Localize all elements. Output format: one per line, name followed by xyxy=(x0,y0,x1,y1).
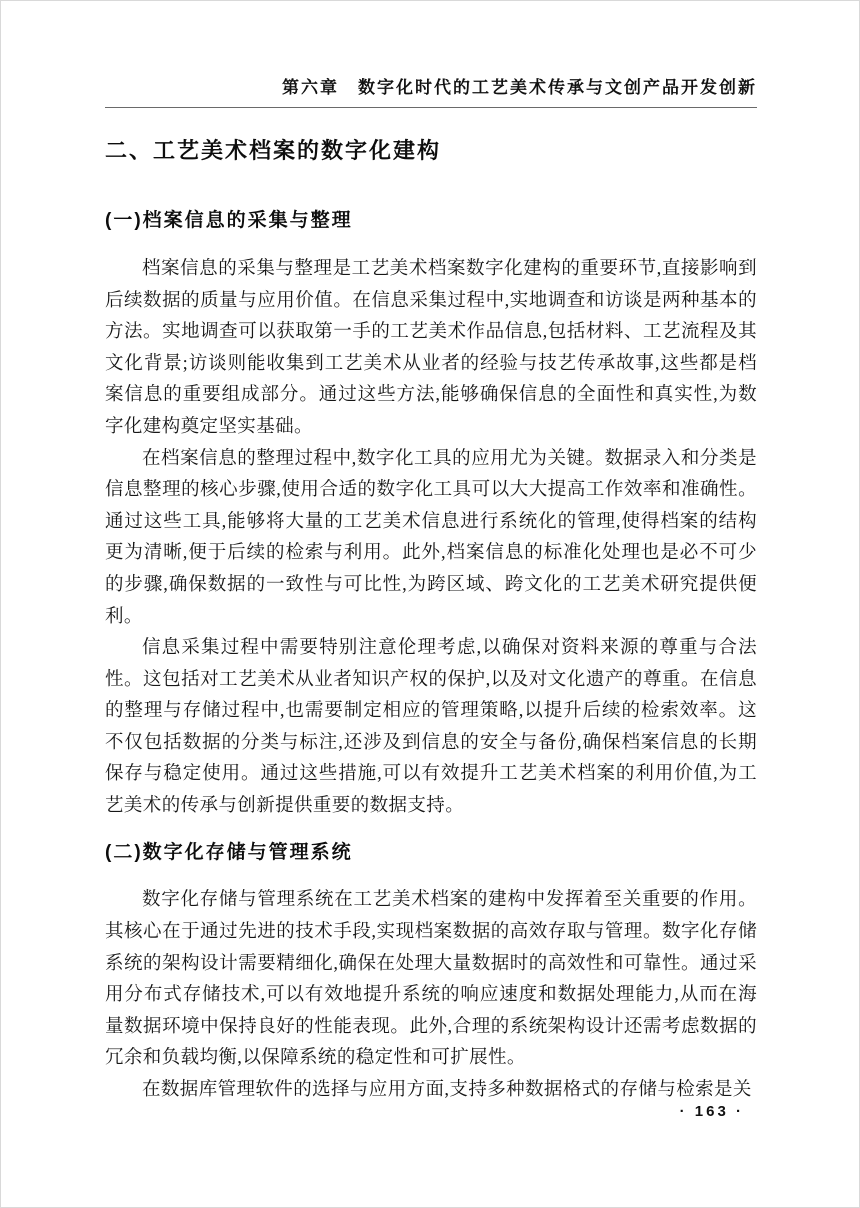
running-header: 第六章 数字化时代的工艺美术传承与文创产品开发创新 xyxy=(105,1,757,108)
section-2-heading: (二)数字化存储与管理系统 xyxy=(105,841,757,866)
page-title: 二、工艺美术档案的数字化建构 xyxy=(105,137,757,166)
page-content: 第六章 数字化时代的工艺美术传承与文创产品开发创新 二、工艺美术档案的数字化建构… xyxy=(105,1,757,1107)
page-number: · 163 · xyxy=(680,1103,744,1120)
book-page: 第六章 数字化时代的工艺美术传承与文创产品开发创新 二、工艺美术档案的数字化建构… xyxy=(0,0,860,1208)
paragraph: 在数据库管理软件的选择与应用方面,支持多种数据格式的存储与检索是关 xyxy=(105,1075,757,1107)
running-header-text: 第六章 数字化时代的工艺美术传承与文创产品开发创新 xyxy=(282,78,757,97)
paragraph: 在档案信息的整理过程中,数字化工具的应用尤为关键。数据录入和分类是信息整理的核心… xyxy=(105,444,757,634)
section-2-body: 数字化存储与管理系统在工艺美术档案的建构中发挥着至关重要的作用。其核心在于通过先… xyxy=(105,885,757,1106)
section-1-body: 档案信息的采集与整理是工艺美术档案数字化建构的重要环节,直接影响到后续数据的质量… xyxy=(105,254,757,823)
section-1-heading: (一)档案信息的采集与整理 xyxy=(105,209,757,234)
paragraph: 数字化存储与管理系统在工艺美术档案的建构中发挥着至关重要的作用。其核心在于通过先… xyxy=(105,885,757,1075)
paragraph: 信息采集过程中需要特别注意伦理考虑,以确保对资料来源的尊重与合法性。这包括对工艺… xyxy=(105,633,757,823)
paragraph: 档案信息的采集与整理是工艺美术档案数字化建构的重要环节,直接影响到后续数据的质量… xyxy=(105,254,757,444)
